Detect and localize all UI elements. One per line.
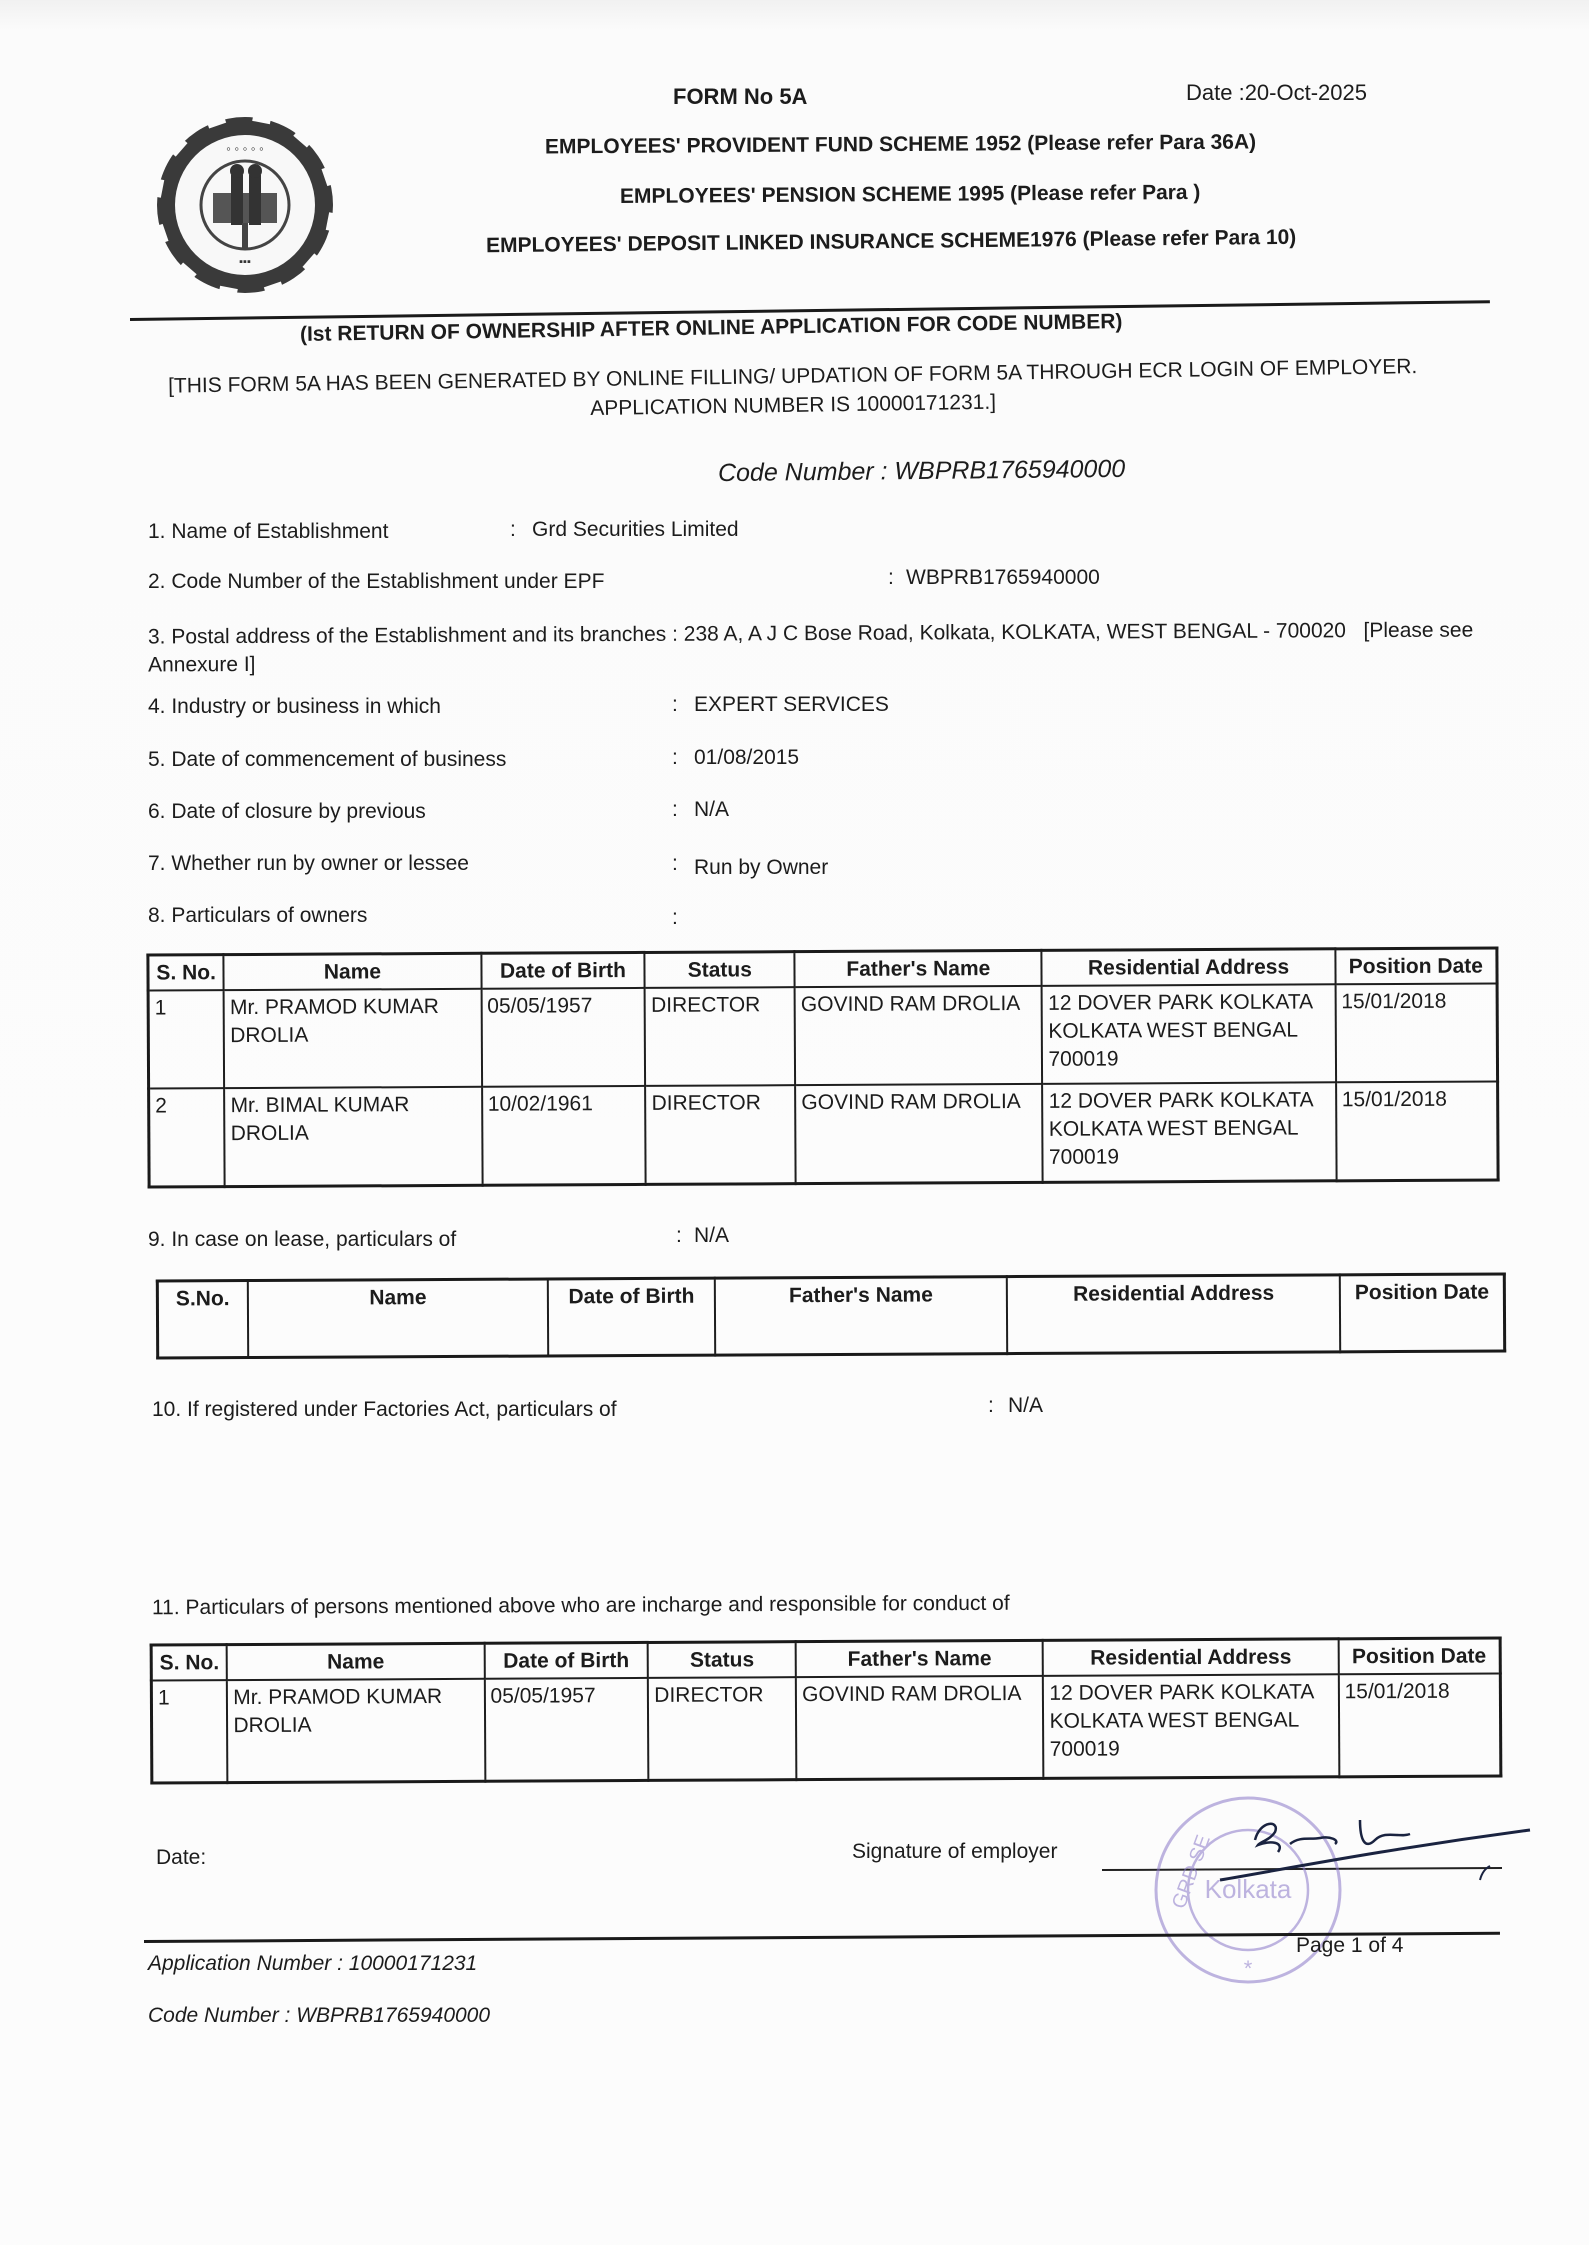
cell-name: Mr. PRAMOD KUMAR DROLIA [224, 989, 482, 1088]
col-address: Residential Address [1043, 1639, 1338, 1676]
field-owners: 8. Particulars of owners : [148, 904, 367, 928]
field-label: 8. Particulars of owners [148, 904, 367, 927]
cell-sno: 1 [151, 1680, 227, 1783]
col-dob: Date of Birth [548, 1278, 715, 1356]
field-colon: : [672, 852, 678, 876]
date-label: Date: [156, 1846, 206, 1870]
col-name: Name [227, 1643, 484, 1680]
field-colon: : [672, 906, 678, 930]
page-number: Page 1 of 4 [1296, 1934, 1403, 1958]
cell-father: GOVIND RAM DROLIA [795, 1084, 1043, 1184]
field-colon: : [672, 746, 678, 770]
table-header-row: S.No. Name Date of Birth Father's Name R… [157, 1274, 1504, 1358]
field-colon: : [672, 693, 678, 717]
field-lease: 9. In case on lease, particulars of : N/… [148, 1228, 456, 1252]
field-industry: 4. Industry or business in which : EXPER… [148, 695, 441, 719]
signature-label: Signature of employer [852, 1840, 1057, 1864]
field-label: 1. Name of Establishment [148, 520, 388, 543]
form-date: Date :20-Oct-2025 [1186, 80, 1367, 106]
cell-father: GOVIND RAM DROLIA [796, 1676, 1044, 1780]
scheme-epf: EMPLOYEES' PROVIDENT FUND SCHEME 1952 (P… [545, 131, 1256, 160]
col-father: Father's Name [796, 1640, 1043, 1677]
scheme-eps: EMPLOYEES' PENSION SCHEME 1995 (Please r… [620, 181, 1201, 209]
field-label: 7. Whether run by owner or lessee [148, 852, 469, 875]
field-epf-code: 2. Code Number of the Establishment unde… [148, 570, 604, 594]
field-label: 2. Code Number of the Establishment unde… [148, 570, 604, 593]
field-value: EXPERT SERVICES [694, 693, 889, 717]
incharge-table: S. No. Name Date of Birth Status Father'… [150, 1636, 1503, 1784]
field-label: 9. In case on lease, particulars of [148, 1228, 456, 1251]
cell-status: DIRECTOR [648, 1677, 796, 1780]
field-value: Run by Owner [694, 856, 828, 880]
cell-name: Mr. BIMAL KUMAR DROLIA [224, 1087, 482, 1187]
table-row: 1 Mr. PRAMOD KUMAR DROLIA 05/05/1957 DIR… [148, 983, 1497, 1088]
application-number: Application Number : 10000171231 [148, 1952, 477, 1976]
field-label: 3. Postal address of the Establishment a… [148, 623, 678, 649]
col-name: Name [247, 1279, 548, 1358]
cell-position-date: 15/01/2018 [1336, 1081, 1498, 1180]
cell-position-date: 15/01/2018 [1338, 1673, 1500, 1776]
cell-sno: 1 [148, 990, 224, 1088]
field-label: 11. Particulars of persons mentioned abo… [152, 1592, 1010, 1619]
field-label: 5. Date of commencement of business [148, 748, 506, 771]
col-address: Residential Address [1042, 949, 1335, 986]
table-row: 2 Mr. BIMAL KUMAR DROLIA 10/02/1961 DIRE… [149, 1081, 1498, 1187]
col-dob: Date of Birth [484, 1642, 648, 1678]
cell-name: Mr. PRAMOD KUMAR DROLIA [227, 1679, 485, 1783]
svg-text:*: * [1244, 1956, 1253, 1981]
form-notice: [THIS FORM 5A HAS BEEN GENERATED BY ONLI… [148, 352, 1439, 430]
form-5a-page: ◦ ◦ ◦ ◦ ◦ ▪▪▪ FORM No 5A Date :20-Oct-20… [0, 0, 1589, 2245]
footer-code-number: Code Number : WBPRB1765940000 [148, 2004, 490, 2028]
field-colon: : [676, 1224, 682, 1248]
field-commencement-date: 5. Date of commencement of business : 01… [148, 748, 506, 772]
svg-text:◦ ◦ ◦ ◦ ◦: ◦ ◦ ◦ ◦ ◦ [226, 141, 264, 156]
col-position-date: Position Date [1338, 1638, 1500, 1674]
cell-dob: 10/02/1961 [482, 1086, 646, 1185]
col-address: Residential Address [1007, 1275, 1340, 1354]
field-postal-address: 3. Postal address of the Establishment a… [148, 616, 1488, 679]
code-number-heading: Code Number : WBPRB1765940000 [718, 455, 1125, 488]
cell-dob: 05/05/1957 [484, 1678, 648, 1781]
field-factories-act: 10. If registered under Factories Act, p… [152, 1398, 617, 1422]
field-colon: : [672, 798, 678, 822]
col-status: Status [648, 1642, 796, 1678]
owners-table: S. No. Name Date of Birth Status Father'… [146, 946, 1499, 1188]
signature-icon [1160, 1810, 1540, 1900]
field-value: N/A [694, 1224, 729, 1248]
field-value: N/A [694, 798, 729, 822]
lease-table: S.No. Name Date of Birth Father's Name R… [156, 1272, 1506, 1359]
field-incharge: 11. Particulars of persons mentioned abo… [152, 1592, 1010, 1620]
cell-father: GOVIND RAM DROLIA [795, 986, 1043, 1085]
field-label: 4. Industry or business in which [148, 695, 441, 718]
cell-status: DIRECTOR [645, 1085, 795, 1184]
col-father: Father's Name [715, 1277, 1008, 1356]
cell-status: DIRECTOR [645, 987, 795, 1086]
svg-text:▪▪▪: ▪▪▪ [239, 256, 251, 268]
col-dob: Date of Birth [481, 952, 645, 988]
cell-address: 12 DOVER PARK KOLKATA KOLKATA WEST BENGA… [1043, 1082, 1337, 1182]
col-sno: S. No. [151, 1645, 227, 1681]
field-establishment-name: 1. Name of Establishment : Grd Securitie… [148, 520, 388, 544]
field-value: Grd Securities Limited [532, 518, 739, 542]
field-colon: : [988, 1394, 994, 1418]
col-name: Name [224, 953, 481, 990]
table-row: 1 Mr. PRAMOD KUMAR DROLIA 05/05/1957 DIR… [151, 1673, 1501, 1783]
field-value: WBPRB1765940000 [906, 566, 1100, 590]
field-closure-date: 6. Date of closure by previous : N/A [148, 800, 426, 824]
cell-address: 12 DOVER PARK KOLKATA KOLKATA WEST BENGA… [1042, 984, 1336, 1084]
cell-address: 12 DOVER PARK KOLKATA KOLKATA WEST BENGA… [1043, 1674, 1339, 1778]
field-value: N/A [1008, 1394, 1043, 1418]
cell-sno: 2 [149, 1088, 225, 1187]
field-label: 6. Date of closure by previous [148, 800, 426, 823]
field-value: 238 A, A J C Bose Road, Kolkata, KOLKATA… [684, 619, 1346, 645]
field-owner-or-lessee: 7. Whether run by owner or lessee : Run … [148, 852, 469, 876]
field-colon: : [510, 518, 516, 542]
col-status: Status [645, 952, 795, 988]
field-label: 10. If registered under Factories Act, p… [152, 1398, 617, 1421]
col-sno: S. No. [148, 955, 224, 991]
col-position-date: Position Date [1340, 1274, 1505, 1352]
form-number: FORM No 5A [673, 84, 807, 110]
scheme-edli: EMPLOYEES' DEPOSIT LINKED INSURANCE SCHE… [486, 226, 1296, 258]
field-value: 01/08/2015 [694, 746, 799, 770]
cell-position-date: 15/01/2018 [1335, 983, 1497, 1082]
cell-dob: 05/05/1957 [481, 988, 645, 1087]
col-father: Father's Name [795, 950, 1042, 987]
col-position-date: Position Date [1335, 948, 1497, 984]
epfo-logo-icon: ◦ ◦ ◦ ◦ ◦ ▪▪▪ [140, 108, 350, 303]
col-sno: S.No. [157, 1281, 248, 1358]
field-colon: : [888, 566, 894, 590]
